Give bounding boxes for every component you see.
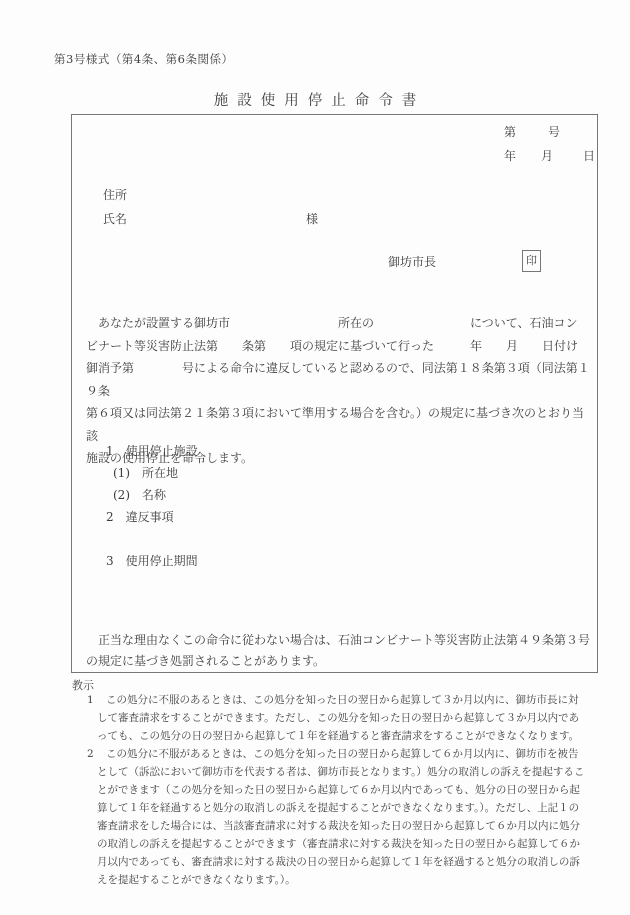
date-day-label: 日	[583, 147, 595, 164]
document-title: 施設使用停止命令書	[0, 89, 630, 110]
list-item-name: (2) 名称	[86, 484, 198, 506]
instruction-item-2-number: 2	[87, 745, 94, 763]
instruction-item-2: 2 この処分に不服があるときは、この処分を知った日の翌日から起算して６か月以内に…	[72, 745, 589, 889]
doc-number-prefix-label: 第	[504, 123, 516, 140]
list-item-suspended-facility: 1 使用停止施設	[86, 440, 198, 462]
order-item-list: 1 使用停止施設 (1) 所在地 (2) 名称 2 違反事項 3 使用停止期間	[86, 440, 198, 572]
honorific-label: 様	[306, 210, 318, 227]
issuer-title: 御坊市長	[388, 253, 436, 270]
instruction-item-1: 1 この処分に不服のあるときは、この処分を知った日の翌日から起算して３か月以内に…	[72, 691, 589, 745]
form-number: 第3号様式（第4条、第6条関係）	[54, 51, 233, 67]
date-month-label: 月	[541, 147, 553, 164]
name-label: 氏名	[103, 210, 127, 227]
seal-mark: 印	[522, 250, 541, 272]
document-page: 第3号様式（第4条、第6条関係） 施設使用停止命令書 第 号 年 月 日 住所 …	[0, 0, 630, 915]
list-item-location: (1) 所在地	[86, 462, 198, 484]
instruction-item-1-text: この処分に不服のあるときは、この処分を知った日の翌日から起算して３か月以内に、御…	[97, 691, 589, 745]
list-item-suspension-period: 3 使用停止期間	[86, 550, 198, 572]
order-box: 第 号 年 月 日 住所 氏名 様 御坊市長 印 あなたが設置する御坊市 所在の…	[71, 114, 598, 673]
address-label: 住所	[103, 186, 127, 203]
date-year-label: 年	[504, 147, 516, 164]
instruction-item-1-number: 1	[87, 691, 94, 709]
penalty-clause-text: 正当な理由なくこの命令に従わない場合は、石油コンビナート等災害防止法第４９条第３…	[86, 630, 591, 672]
instruction-item-2-text: この処分に不服があるときは、この処分を知った日の翌日から起算して６か月以内に、御…	[97, 745, 589, 889]
doc-number-suffix-label: 号	[548, 123, 560, 140]
list-item-violation: 2 違反事項	[86, 506, 198, 528]
